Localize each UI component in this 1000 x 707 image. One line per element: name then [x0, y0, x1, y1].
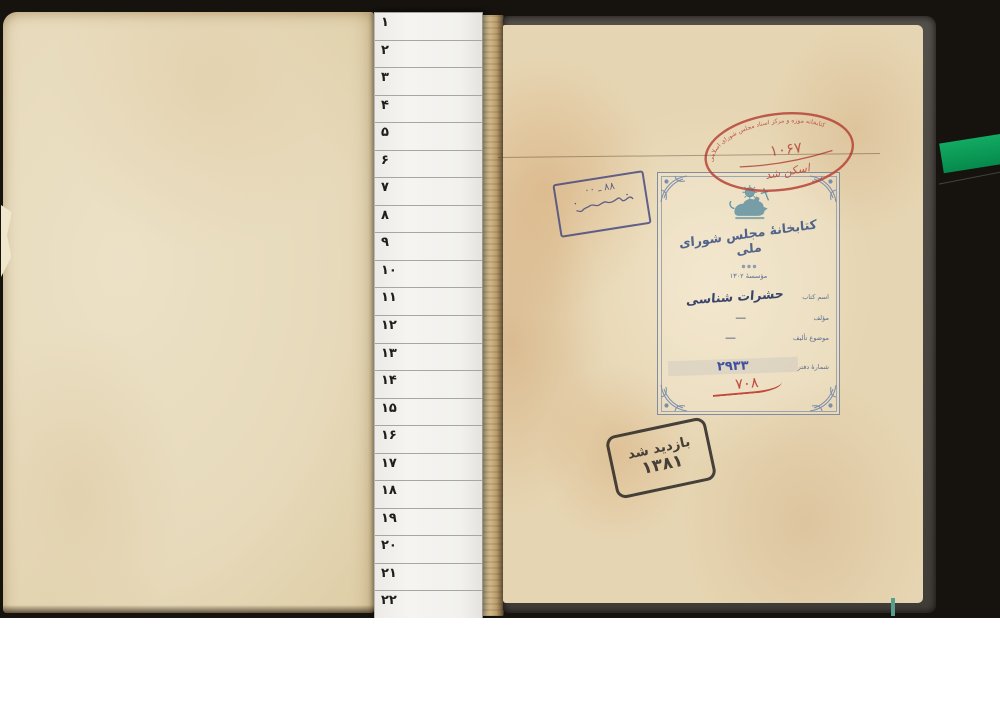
ruler-cell: ۱۸: [375, 480, 482, 508]
ruler-numeral: ۱۷: [381, 457, 397, 470]
ruler-cell: ۱۴: [375, 370, 482, 398]
ruler-cell: ۱۷: [375, 453, 482, 481]
field-label: موضوع تألیف: [793, 334, 829, 342]
ruler-cell: ۱۹: [375, 508, 482, 536]
ruler-numeral: ۵: [381, 126, 389, 139]
bookplate-field-row: موضوع تألیف—: [668, 331, 829, 344]
bookplate-content: کتابخانۀ مجلس شورای ملی مؤسسۀ ۱۳۰۲ اسم ک…: [658, 173, 839, 414]
ruler-cell: ۱: [375, 12, 482, 40]
ruler-numeral: ۳: [381, 71, 389, 84]
ruler-scale: ۱۲۳۴۵۶۷۸۹۱۰۱۱۱۲۱۳۱۴۱۵۱۶۱۷۱۸۱۹۲۰۲۱۲۲: [374, 12, 483, 618]
page-block-fore-edge: [481, 15, 504, 616]
ruler-numeral: ۱: [381, 16, 389, 29]
ruler-numeral: ۲۱: [381, 567, 397, 580]
ruler-numeral: ۹: [381, 236, 389, 249]
ruler-numeral: ۱۰: [381, 264, 397, 277]
ruler-cell: ۲: [375, 40, 482, 68]
ruler-cell: ۱۱: [375, 287, 482, 315]
ruler-cell: ۱۶: [375, 425, 482, 453]
ruler-numeral: ۱۵: [381, 402, 397, 415]
ruler-numeral: ۱۳: [381, 347, 397, 360]
bookplate-field-row: مؤلف—: [668, 311, 829, 324]
ruler-numeral: ۱۴: [381, 374, 397, 387]
ruler-cell: ۱۳: [375, 343, 482, 371]
ruler-cell: ۹: [375, 232, 482, 260]
teal-edge-mark: [891, 598, 895, 616]
bookplate-field-row: اسم کتابحشرات شناسی: [668, 289, 829, 304]
field-value: —: [668, 331, 793, 344]
field-label: اسم کتاب: [802, 293, 829, 301]
register-number-red: ۷۰۸: [711, 373, 782, 397]
ruler-cell: ۳: [375, 67, 482, 95]
ruler-cell: ۱۵: [375, 398, 482, 426]
ruler-cell: ۷: [375, 177, 482, 205]
founded-line: مؤسسۀ ۱۳۰۲: [668, 272, 829, 280]
ruler-numeral: ۸: [381, 209, 389, 222]
field-value: —: [668, 311, 813, 324]
ruler-cell: ۱۲: [375, 315, 482, 343]
green-stripe: [939, 131, 1000, 173]
ruler-numeral: ۱۲: [381, 319, 397, 332]
left-blank-page: [3, 12, 374, 613]
ruler-numeral: ۱۸: [381, 484, 397, 497]
ornament-dots-icon: [740, 263, 758, 270]
ruler-numeral: ۱۶: [381, 429, 397, 442]
oval-stamp-number: ۱۰۶۷: [769, 138, 803, 160]
library-name: کتابخانۀ مجلس شورای ملی: [668, 215, 830, 267]
ruler-numeral: ۱۱: [381, 291, 397, 304]
ruler-cell: ۸: [375, 205, 482, 233]
bookplate-fields: اسم کتابحشرات شناسیمؤلف—موضوع تألیف—: [668, 289, 829, 344]
register-row: شمارۀ دفتر ۲۹۳۳: [668, 359, 829, 374]
ruler-numeral: ۲: [381, 44, 389, 57]
ruler-cell: ۲۲: [375, 590, 482, 618]
book-scan-image: کتابخانۀ مجلس شورای ملی مؤسسۀ ۱۳۰۲ اسم ک…: [0, 0, 1000, 707]
scan-white-margin: [0, 618, 1000, 707]
ruler-cell: ۵: [375, 122, 482, 150]
ruler-cell: ۴: [375, 95, 482, 123]
register-label: شمارۀ دفتر: [798, 363, 829, 371]
photo-area: کتابخانۀ مجلس شورای ملی مؤسسۀ ۱۳۰۲ اسم ک…: [0, 0, 1000, 618]
bookplate: کتابخانۀ مجلس شورای ملی مؤسسۀ ۱۳۰۲ اسم ک…: [657, 172, 840, 415]
ruler-cell: ۲۱: [375, 563, 482, 591]
ruler-numeral: ۴: [381, 99, 389, 112]
ruler-numeral: ۱۹: [381, 512, 397, 525]
ruler-cells: ۱۲۳۴۵۶۷۸۹۱۰۱۱۱۲۱۳۱۴۱۵۱۶۱۷۱۸۱۹۲۰۲۱۲۲: [375, 12, 482, 618]
ruler-cell: ۲۰: [375, 535, 482, 563]
ruler-cell: ۱۰: [375, 260, 482, 288]
field-label: مؤلف: [813, 314, 829, 322]
ruler-numeral: ۶: [381, 154, 389, 167]
ruler-numeral: ۲۲: [381, 594, 397, 607]
torn-edge-flap: [1, 205, 12, 277]
ruler-cell: ۶: [375, 150, 482, 178]
ruler-numeral: ۲۰: [381, 539, 397, 552]
ruler-numeral: ۷: [381, 181, 389, 194]
field-value: حشرات شناسی: [668, 284, 803, 308]
